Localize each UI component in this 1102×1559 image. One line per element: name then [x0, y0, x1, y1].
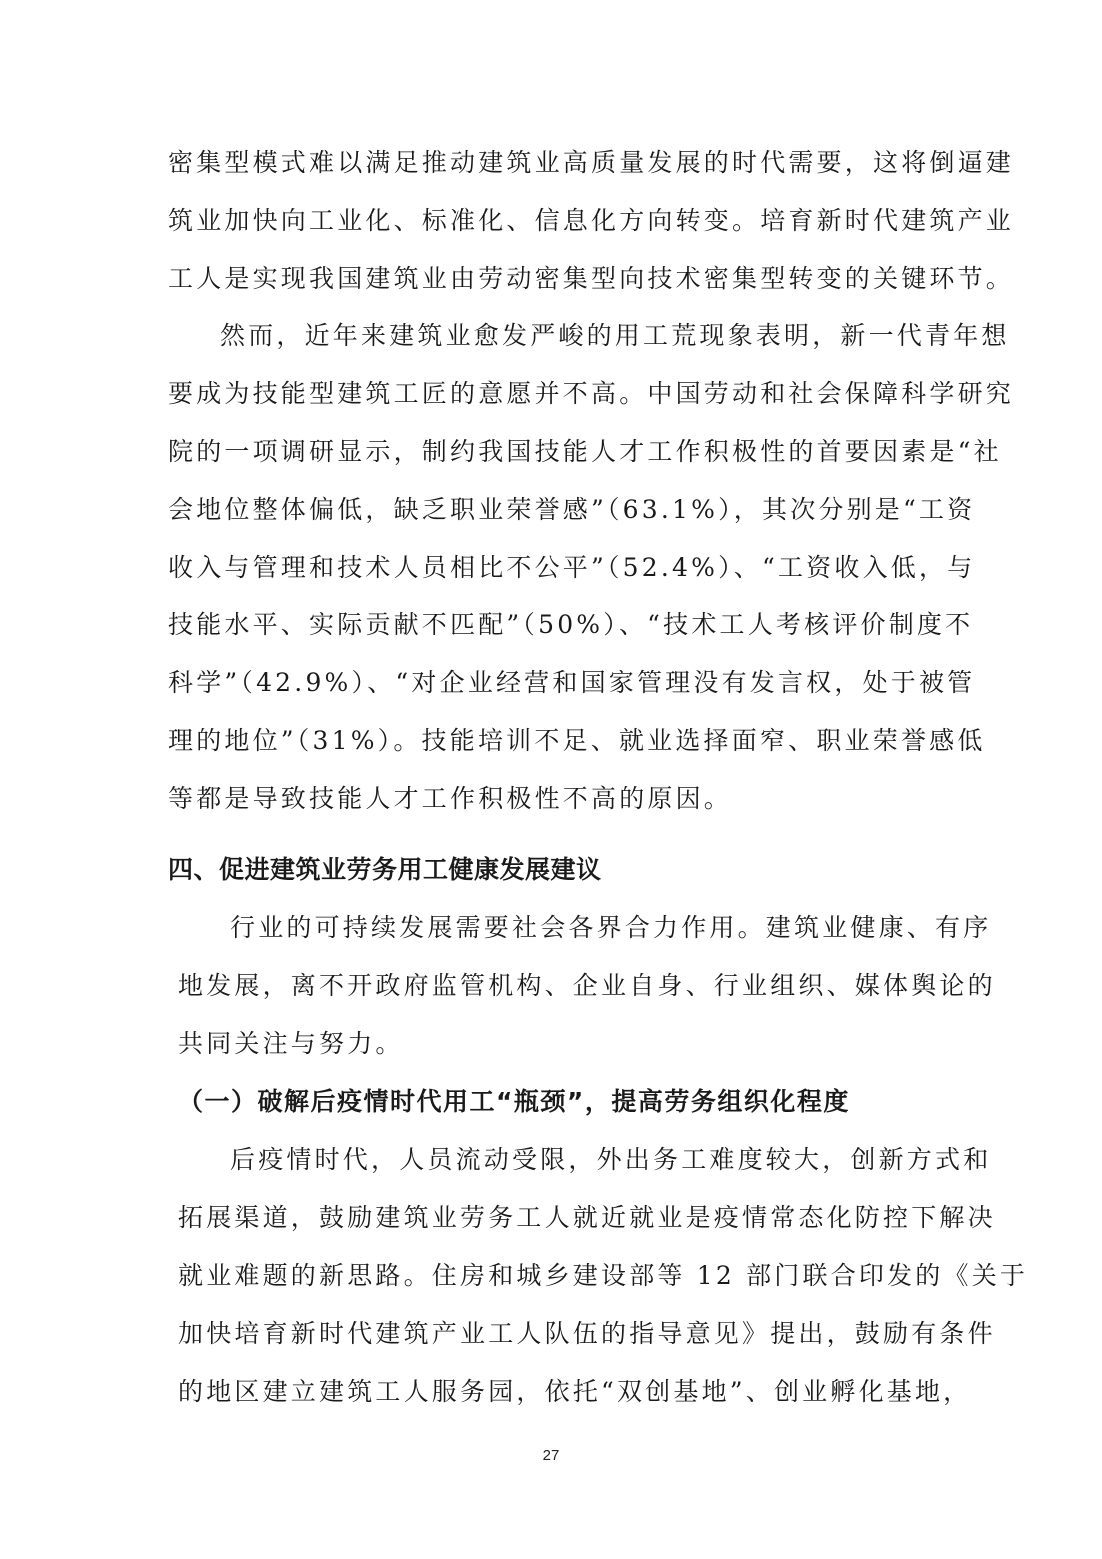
paragraph-line: 后疫情时代，人员流动受限，外出务工难度较大，创新方式和	[230, 1145, 991, 1175]
paragraph-line: 工人是实现我国建筑业由劳动密集型向技术密集型转变的关键环节。	[168, 264, 1014, 294]
paragraph-line: 要成为技能型建筑工匠的意愿并不高。中国劳动和社会保障科学研究	[168, 379, 1014, 409]
paragraph-line: 理的地位”（31%）。技能培训不足、就业选择面窄、职业荣誉感低	[168, 726, 986, 756]
document-page: 密集型模式难以满足推动建筑业高质量发展的时代需要，这将倒逼建 筑业加快向工业化、…	[0, 0, 1102, 1559]
page-number: 27	[0, 1447, 1102, 1464]
paragraph-line: 然而，近年来建筑业愈发严峻的用工荒现象表明，新一代青年想	[220, 321, 1010, 351]
paragraph-line: 等都是导致技能人才工作积极性不高的原因。	[168, 784, 732, 814]
paragraph-line: 加快培育新时代建筑产业工人队伍的指导意见》提出，鼓励有条件	[178, 1319, 996, 1349]
paragraph-line: 地发展，离不开政府监管机构、企业自身、行业组织、媒体舆论的	[178, 971, 996, 1001]
paragraph-line: 筑业加快向工业化、标准化、信息化方向转变。培育新时代建筑产业	[168, 206, 1014, 236]
subsection-heading: （一）破解后疫情时代用工“瓶颈”，提高劳务组织化程度	[178, 1087, 850, 1117]
paragraph-line: 拓展渠道，鼓励建筑业劳务工人就近就业是疫情常态化防控下解决	[178, 1203, 996, 1233]
section-heading: 四、促进建筑业劳务用工健康发展建议	[168, 855, 602, 885]
paragraph-line: 收入与管理和技术人员相比不公平”（52.4%）、“工资收入低，与	[168, 553, 975, 583]
paragraph-line: 就业难题的新思路。住房和城乡建设部等 12 部门联合印发的《关于	[178, 1261, 1028, 1291]
paragraph-line: 技能水平、实际贡献不匹配”（50%）、“技术工人考核评价制度不	[168, 610, 973, 640]
paragraph-line: 科学”（42.9%）、“对企业经营和国家管理没有发言权，处于被管	[168, 668, 975, 698]
paragraph-line: 院的一项调研显示，制约我国技能人才工作积极性的首要因素是“社	[168, 437, 1002, 467]
paragraph-line: 的地区建立建筑工人服务园，依托“双创基地”、创业孵化基地，	[178, 1377, 971, 1407]
paragraph-line: 会地位整体偏低，缺乏职业荣誉感”（63.1%），其次分别是“工资	[168, 495, 975, 525]
paragraph-line: 共同关注与努力。	[178, 1029, 404, 1059]
paragraph-line: 行业的可持续发展需要社会各界合力作用。建筑业健康、有序	[230, 913, 991, 943]
paragraph-line: 密集型模式难以满足推动建筑业高质量发展的时代需要，这将倒逼建	[168, 148, 1014, 178]
